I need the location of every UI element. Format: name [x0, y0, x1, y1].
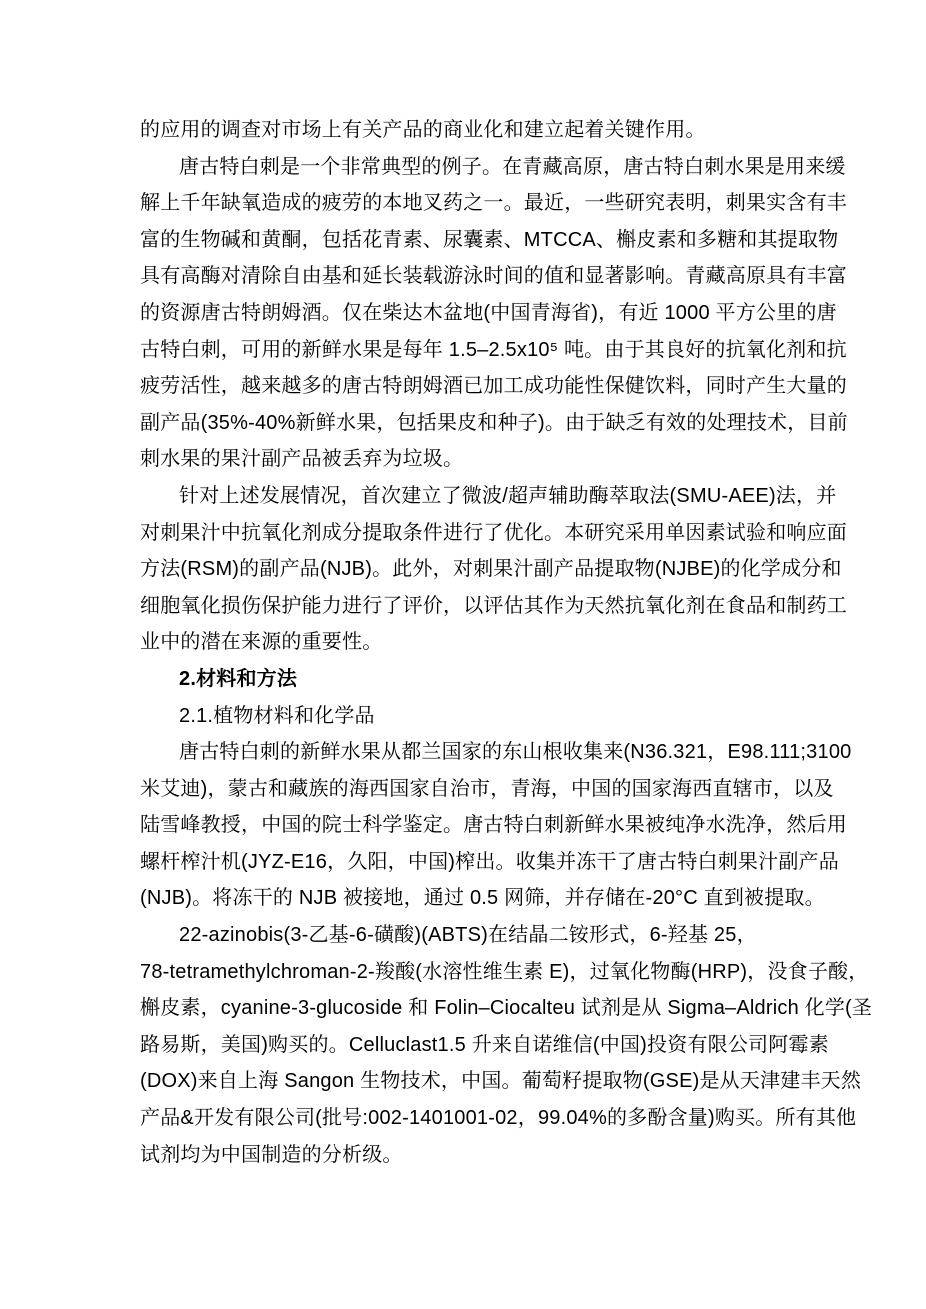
doc-line: 22-azinobis(3-乙基-6-磺酸)(ABTS)在结晶二铵形式，6-羟基…	[140, 917, 840, 954]
doc-line: 产品&开发有限公司(批号:002-1401001-02，99.04%的多酚含量)…	[140, 1100, 840, 1137]
doc-line: 78-tetramethylchroman-2-羧酸(水溶性维生素 E)，过氧化…	[140, 954, 840, 991]
doc-line: 螺杆榨汁机(JYZ-E16，久阳，中国)榨出。收集并冻干了唐古特白刺果汁副产品	[140, 844, 840, 881]
doc-line: 疲劳活性，越来越多的唐古特朗姆酒已加工成功能性保健饮料，同时产生大量的	[140, 368, 840, 405]
doc-line: 古特白刺，可用的新鲜水果是每年 1.5–2.5x10⁵ 吨。由于其良好的抗氧化剂…	[140, 332, 840, 369]
doc-line: (NJB)。将冻干的 NJB 被接地，通过 0.5 网筛，并存储在-20°C 直…	[140, 880, 840, 917]
doc-line: 试剂均为中国制造的分析级。	[140, 1137, 840, 1174]
doc-line: (DOX)来自上海 Sangon 生物技术，中国。葡萄籽提取物(GSE)是从天津…	[140, 1063, 840, 1100]
doc-line: 陆雪峰教授，中国的院士科学鉴定。唐古特白刺新鲜水果被纯净水洗净，然后用	[140, 807, 840, 844]
document-text-block: 的应用的调查对市场上有关产品的商业化和建立起着关键作用。 唐古特白刺是一个非常典…	[140, 112, 840, 1173]
doc-line: 对刺果汁中抗氧化剂成分提取条件进行了优化。本研究采用单因素试验和响应面	[140, 515, 840, 552]
doc-line: 的资源唐古特朗姆酒。仅在柴达木盆地(中国青海省)，有近 1000 平方公里的唐	[140, 295, 840, 332]
doc-line: 针对上述发展情况，首次建立了微波/超声辅助酶萃取法(SMU-AEE)法，并	[140, 478, 840, 515]
doc-line: 的应用的调查对市场上有关产品的商业化和建立起着关键作用。	[140, 112, 840, 149]
doc-line: 副产品(35%-40%新鲜水果，包括果皮和种子)。由于缺乏有效的处理技术，目前	[140, 405, 840, 442]
subsection-heading: 2.1.植物材料和化学品	[140, 698, 840, 735]
doc-line: 方法(RSM)的副产品(NJB)。此外，对刺果汁副产品提取物(NJBE)的化学成…	[140, 551, 840, 588]
doc-line: 富的生物碱和黄酮，包括花青素、尿囊素、MTCCA、槲皮素和多糖和其提取物	[140, 222, 840, 259]
section-heading: 2.材料和方法	[140, 661, 840, 698]
doc-line: 槲皮素，cyanine-3-glucoside 和 Folin–Ciocalte…	[140, 990, 840, 1027]
doc-line: 路易斯，美国)购买的。Celluclast1.5 升来自诺维信(中国)投资有限公…	[140, 1027, 840, 1064]
doc-line: 唐古特白刺的新鲜水果从都兰国家的东山根收集来(N36.321，E98.111;3…	[140, 734, 840, 771]
doc-line: 业中的潜在来源的重要性。	[140, 624, 840, 661]
doc-line: 解上千年缺氧造成的疲劳的本地叉药之一。最近，一些研究表明，刺果实含有丰	[140, 185, 840, 222]
document-page: 的应用的调查对市场上有关产品的商业化和建立起着关键作用。 唐古特白刺是一个非常典…	[0, 0, 926, 1309]
doc-line: 细胞氧化损伤保护能力进行了评价，以评估其作为天然抗氧化剂在食品和制药工	[140, 588, 840, 625]
doc-line: 唐古特白刺是一个非常典型的例子。在青藏高原，唐古特白刺水果是用来缓	[140, 149, 840, 186]
doc-line: 刺水果的果汁副产品被丢弃为垃圾。	[140, 441, 840, 478]
doc-line: 具有高酶对清除自由基和延长装载游泳时间的值和显著影响。青藏高原具有丰富	[140, 258, 840, 295]
doc-line: 米艾迪)，蒙古和藏族的海西国家自治市，青海，中国的国家海西直辖市，以及	[140, 771, 840, 808]
